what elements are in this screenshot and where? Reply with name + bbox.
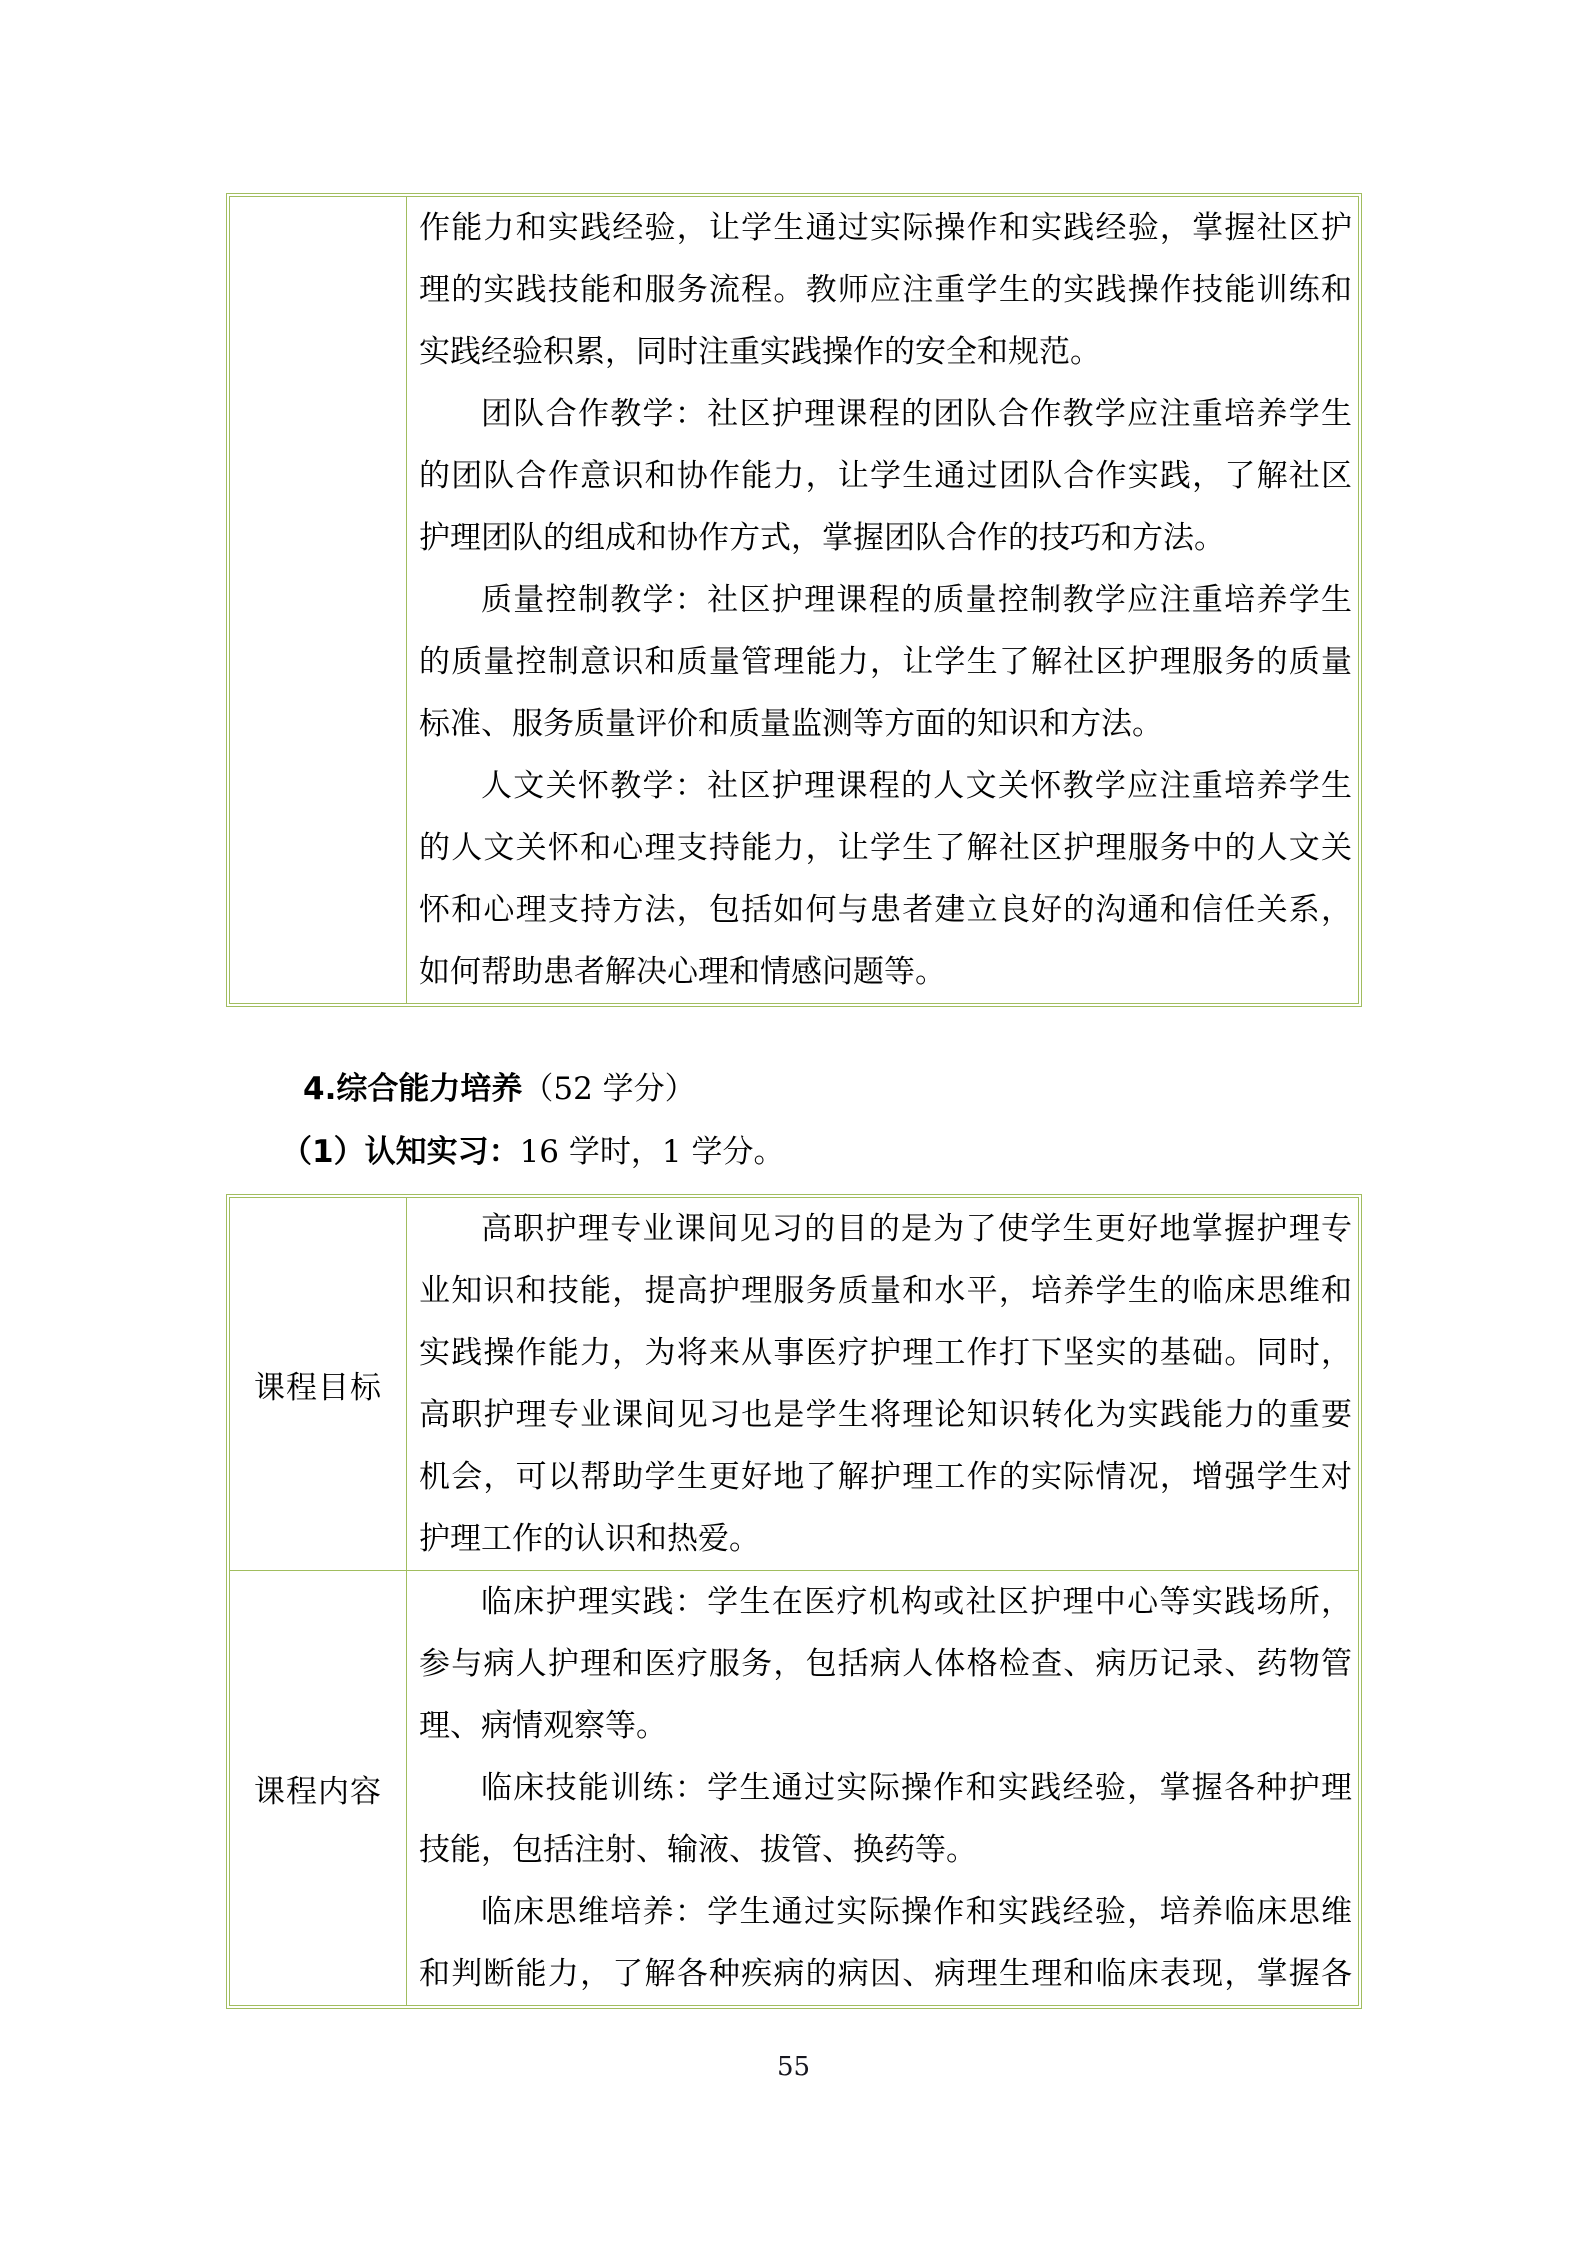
table1-label-cell: [230, 197, 407, 1003]
text-line: 的质量控制意识和质量管理能力，让学生了解社区护理服务的质量: [419, 631, 1352, 693]
item-heading-title: （1）认知实习：: [281, 1134, 520, 1170]
text-line: 临床护理实践：学生在医疗机构或社区护理中心等实践场所，: [419, 1571, 1352, 1633]
text-line: 人文关怀教学：社区护理课程的人文关怀教学应注重培养学生: [419, 755, 1352, 817]
text-line: 护理团队的组成和协作方式，掌握团队合作的技巧和方法。: [419, 507, 1352, 569]
text-line: 和判断能力，了解各种疾病的病因、病理生理和临床表现，掌握各: [419, 1943, 1352, 2005]
course-content-content: 临床护理实践：学生在医疗机构或社区护理中心等实践场所，参与病人护理和医疗服务，包…: [407, 1571, 1358, 2005]
section-heading-credits: （52 学分）: [522, 1071, 695, 1107]
text-line: 的人文关怀和心理支持能力，让学生了解社区护理服务中的人文关: [419, 817, 1352, 879]
text-line: 的团队合作意识和协作能力，让学生通过团队合作实践，了解社区: [419, 445, 1352, 507]
text-line: 临床思维培养：学生通过实际操作和实践经验，培养临床思维: [419, 1881, 1352, 1943]
table-row-objectives: 课程目标 高职护理专业课间见习的目的是为了使学生更好地掌握护理专业知识和技能，提…: [230, 1198, 1358, 1570]
table1-content-cell: 作能力和实践经验，让学生通过实际操作和实践经验，掌握社区护理的实践技能和服务流程…: [407, 197, 1358, 1003]
course-content-label: 课程内容: [230, 1571, 407, 2005]
text-line: 实践经验积累，同时注重实践操作的安全和规范。: [419, 321, 1352, 383]
text-line: 高职护理专业课间见习的目的是为了使学生更好地掌握护理专: [419, 1198, 1352, 1260]
table-row: 作能力和实践经验，让学生通过实际操作和实践经验，掌握社区护理的实践技能和服务流程…: [230, 197, 1358, 1003]
text-line: 参与病人护理和医疗服务，包括病人体格检查、病历记录、药物管: [419, 1633, 1352, 1695]
course-table-inner: 课程目标 高职护理专业课间见习的目的是为了使学生更好地掌握护理专业知识和技能，提…: [229, 1197, 1359, 2006]
text-line: 标准、服务质量评价和质量监测等方面的知识和方法。: [419, 693, 1352, 755]
text-line: 高职护理专业课间见习也是学生将理论知识转化为实践能力的重要: [419, 1384, 1352, 1446]
section-heading-number-title: 4.综合能力培养: [303, 1071, 522, 1107]
text-line: 业知识和技能，提高护理服务质量和水平，培养学生的临床思维和: [419, 1260, 1352, 1322]
text-line: 技能，包括注射、输液、拔管、换药等。: [419, 1819, 1352, 1881]
page-number: 55: [0, 2052, 1587, 2082]
text-line: 质量控制教学：社区护理课程的质量控制教学应注重培养学生: [419, 569, 1352, 631]
teaching-methods-table: 作能力和实践经验，让学生通过实际操作和实践经验，掌握社区护理的实践技能和服务流程…: [226, 193, 1362, 1007]
text-line: 团队合作教学：社区护理课程的团队合作教学应注重培养学生: [419, 383, 1352, 445]
item-heading: （1）认知实习：16 学时，1 学分。: [281, 1133, 784, 1171]
teaching-methods-table-inner: 作能力和实践经验，让学生通过实际操作和实践经验，掌握社区护理的实践技能和服务流程…: [229, 196, 1359, 1004]
table-row-content: 课程内容 临床护理实践：学生在医疗机构或社区护理中心等实践场所，参与病人护理和医…: [230, 1570, 1358, 2005]
text-line: 作能力和实践经验，让学生通过实际操作和实践经验，掌握社区护: [419, 197, 1352, 259]
text-line: 临床技能训练：学生通过实际操作和实践经验，掌握各种护理: [419, 1757, 1352, 1819]
text-line: 实践操作能力，为将来从事医疗护理工作打下坚实的基础。同时，: [419, 1322, 1352, 1384]
section-heading: 4.综合能力培养（52 学分）: [303, 1070, 696, 1108]
course-objectives-label: 课程目标: [230, 1198, 407, 1570]
text-line: 护理工作的认识和热爱。: [419, 1508, 1352, 1570]
course-table: 课程目标 高职护理专业课间见习的目的是为了使学生更好地掌握护理专业知识和技能，提…: [226, 1194, 1362, 2009]
text-line: 机会，可以帮助学生更好地了解护理工作的实际情况，增强学生对: [419, 1446, 1352, 1508]
item-heading-hours: 16 学时，1 学分。: [520, 1134, 785, 1170]
text-line: 如何帮助患者解决心理和情感问题等。: [419, 941, 1352, 1003]
document-page: 作能力和实践经验，让学生通过实际操作和实践经验，掌握社区护理的实践技能和服务流程…: [0, 0, 1587, 2245]
text-line: 怀和心理支持方法，包括如何与患者建立良好的沟通和信任关系，: [419, 879, 1352, 941]
text-line: 理的实践技能和服务流程。教师应注重学生的实践操作技能训练和: [419, 259, 1352, 321]
course-objectives-content: 高职护理专业课间见习的目的是为了使学生更好地掌握护理专业知识和技能，提高护理服务…: [407, 1198, 1358, 1570]
text-line: 理、病情观察等。: [419, 1695, 1352, 1757]
